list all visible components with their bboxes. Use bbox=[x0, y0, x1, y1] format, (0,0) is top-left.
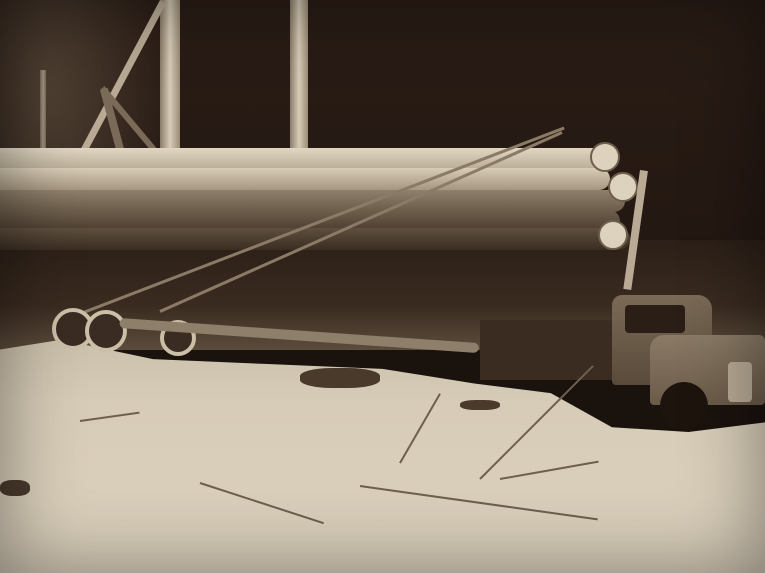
log-end bbox=[608, 172, 638, 202]
log-end bbox=[590, 142, 620, 172]
debris bbox=[0, 480, 30, 496]
debris bbox=[460, 400, 500, 410]
truck-window bbox=[625, 305, 685, 333]
photograph bbox=[0, 0, 765, 573]
log bbox=[0, 190, 625, 212]
truck-bed bbox=[480, 320, 620, 380]
log-end bbox=[598, 220, 628, 250]
truck-grille bbox=[728, 362, 752, 402]
log bbox=[0, 228, 630, 250]
wheel bbox=[85, 310, 127, 352]
truck-wheel bbox=[660, 382, 708, 430]
log bbox=[0, 168, 610, 190]
birch-trunk bbox=[290, 0, 308, 160]
log-stack bbox=[0, 140, 640, 250]
debris bbox=[300, 368, 380, 388]
